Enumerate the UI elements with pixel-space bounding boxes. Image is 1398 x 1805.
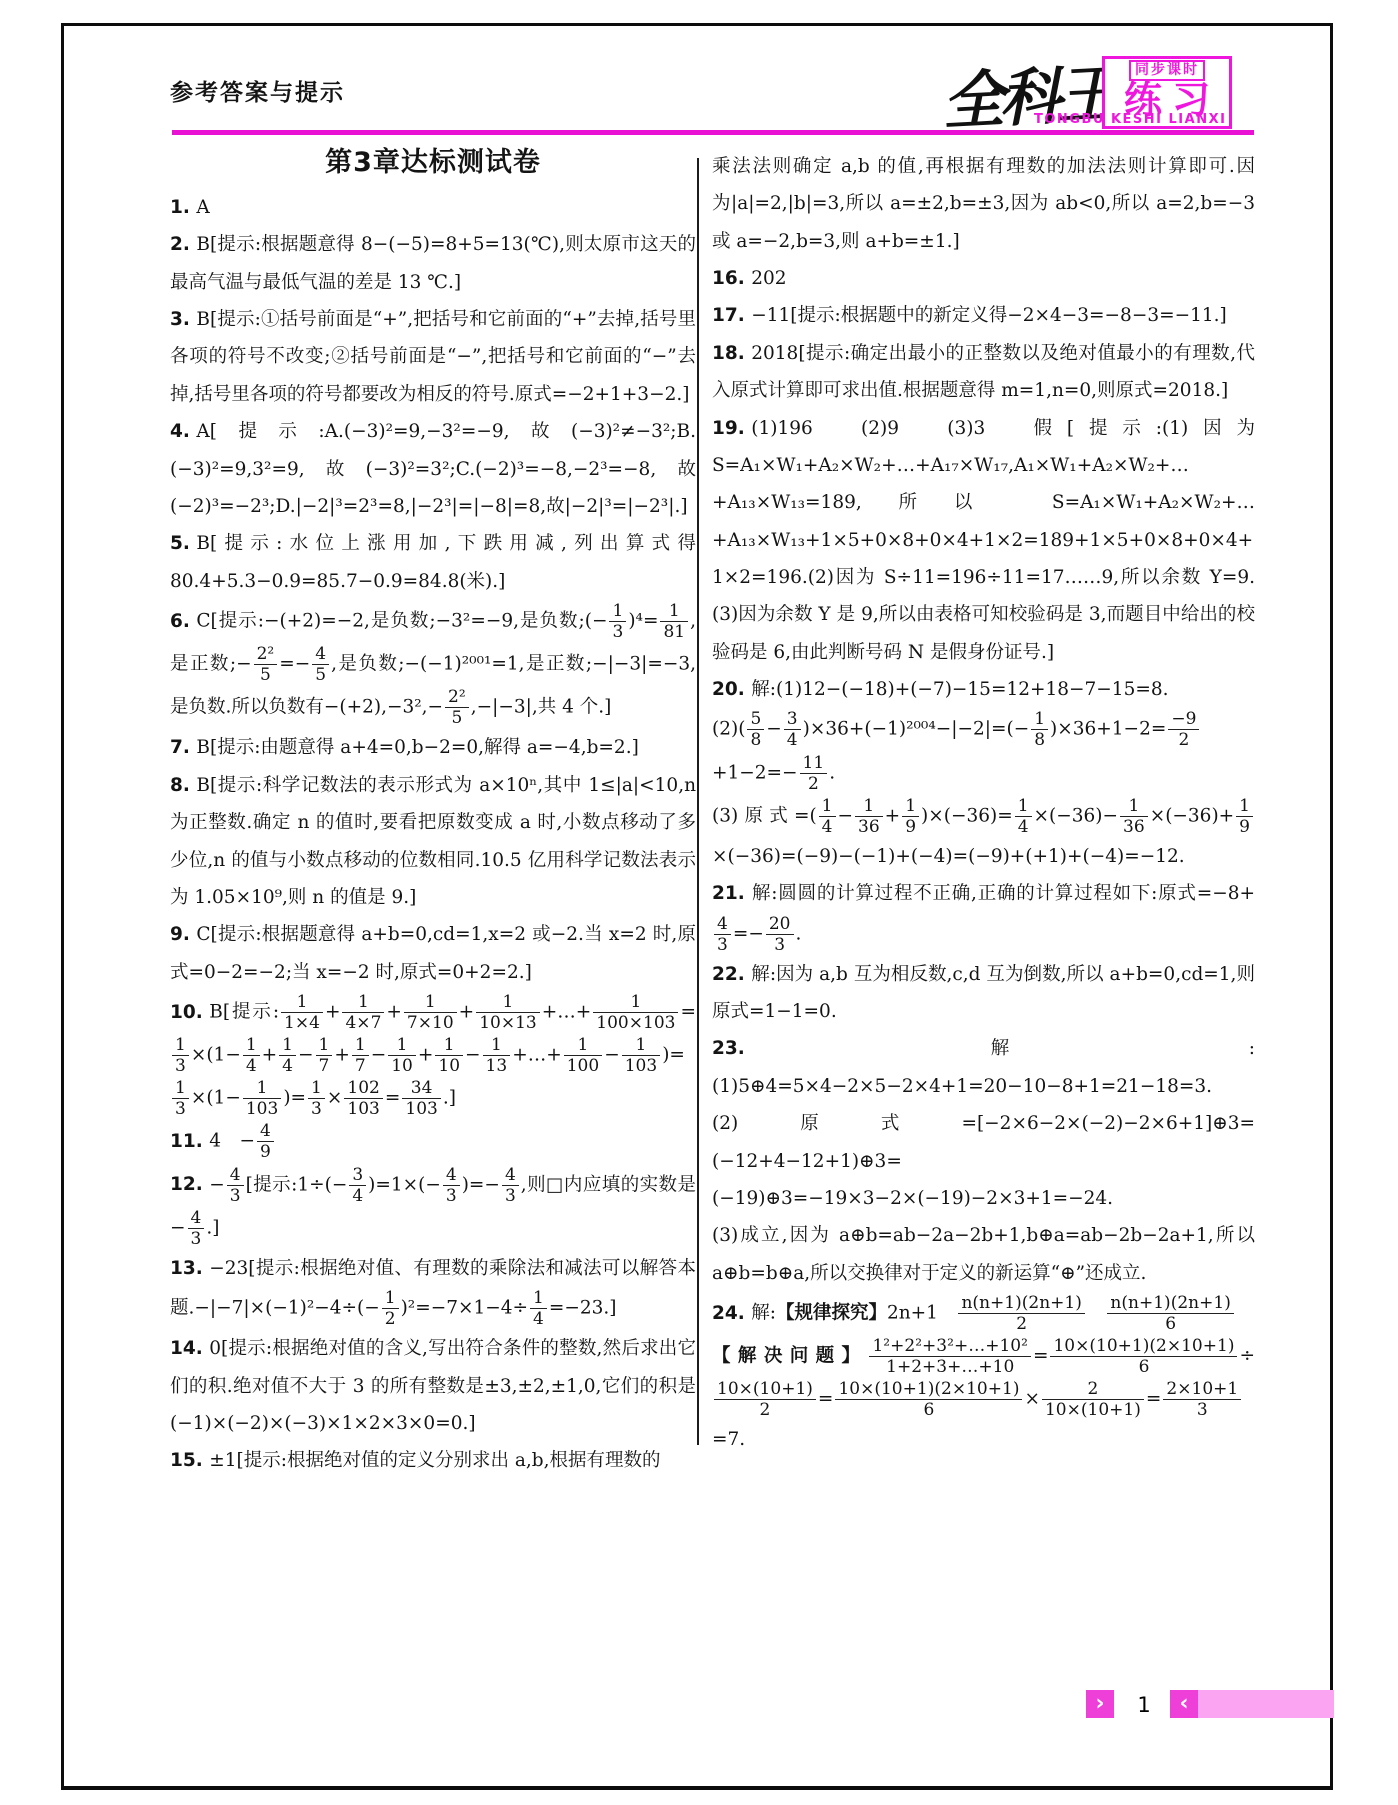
answer-item: 16.202 bbox=[712, 260, 1255, 297]
fraction: 1100 bbox=[564, 1035, 602, 1076]
answer-paragraph: 5.B[提示:水位上涨用加,下跌用减,列出算式得 80.4+5.3−0.9=85… bbox=[170, 525, 696, 600]
fraction: n(n+1)(2n+1)6 bbox=[1107, 1293, 1233, 1334]
fraction: 136 bbox=[855, 796, 883, 837]
answer-paragraph: 【解决问题】1²+2²+3²+…+10²1+2+3+…+10=10×(10+1)… bbox=[712, 1335, 1255, 1459]
fraction: 43 bbox=[443, 1165, 460, 1206]
fraction: 19 bbox=[1236, 796, 1253, 837]
answer-paragraph: 11.4 −49 bbox=[170, 1120, 696, 1163]
fraction: 14 bbox=[819, 796, 836, 837]
answer-paragraph: 14.0[提示:根据绝对值的含义,写出符合条件的整数,然后求出它们的积.绝对值不… bbox=[170, 1330, 696, 1442]
item-number: 23. bbox=[712, 1038, 745, 1059]
answer-item: 18.2018[提示:确定出最小的正整数以及绝对值最小的有理数,代入原式计算即可… bbox=[712, 335, 1255, 410]
column-divider bbox=[697, 158, 699, 1445]
fraction: 34 bbox=[784, 709, 801, 750]
fraction: 10×(10+1)(2×10+1)6 bbox=[1050, 1336, 1237, 1377]
item-number: 8. bbox=[170, 775, 190, 796]
fraction: 14 bbox=[243, 1035, 260, 1076]
fraction: −92 bbox=[1168, 709, 1199, 750]
answer-paragraph: 12.−43[提示:1÷(−34)=1×(−43)=−43,则□内应填的实数是−… bbox=[170, 1164, 696, 1250]
answer-paragraph: 16.202 bbox=[712, 260, 1255, 297]
fraction: 45 bbox=[312, 644, 329, 685]
fraction: 110×13 bbox=[476, 992, 540, 1033]
item-number: 21. bbox=[712, 883, 745, 904]
fraction: 34103 bbox=[402, 1078, 440, 1119]
answer-item: 8.B[提示:科学记数法的表示形式为 a×10ⁿ,其中 1≤|a|<10,n 为… bbox=[170, 767, 696, 916]
fraction: 13 bbox=[172, 1078, 189, 1119]
fraction: 58 bbox=[747, 709, 764, 750]
fraction: 2×10+13 bbox=[1163, 1379, 1241, 1420]
fraction: n(n+1)(2n+1)2 bbox=[958, 1293, 1084, 1334]
answer-item: 5.B[提示:水位上涨用加,下跌用减,列出算式得 80.4+5.3−0.9=85… bbox=[170, 525, 696, 600]
answer-item: 23.解:(1)5⊕4=5×4−2×5−2×4+1=20−10−8+1=21−1… bbox=[712, 1030, 1255, 1292]
item-number: 1. bbox=[170, 197, 190, 218]
fraction: 13 bbox=[609, 601, 626, 642]
item-number: 20. bbox=[712, 679, 745, 700]
fraction: 13 bbox=[308, 1078, 325, 1119]
answer-paragraph: 8.B[提示:科学记数法的表示形式为 a×10ⁿ,其中 1≤|a|<10,n 为… bbox=[170, 767, 696, 916]
fraction: 17×10 bbox=[404, 992, 457, 1033]
fraction: 210×(10+1) bbox=[1042, 1379, 1144, 1420]
page-number: 1 bbox=[1126, 1693, 1162, 1717]
logo-romanized-text: TONGBU KESHI LIANXI bbox=[1034, 112, 1226, 127]
fraction: 43 bbox=[502, 1165, 519, 1206]
item-number: 9. bbox=[170, 924, 190, 945]
fraction: 17 bbox=[316, 1035, 333, 1076]
fraction: 1²+2²+3²+…+10²1+2+3+…+10 bbox=[869, 1336, 1030, 1377]
answer-item: 3.B[提示:①括号前面是“+”,把括号和它前面的“+”去掉,括号里各项的符号不… bbox=[170, 301, 696, 413]
fraction: 19 bbox=[902, 796, 919, 837]
answer-paragraph: 7.B[提示:由题意得 a+4=0,b−2=0,解得 a=−4,b=2.] bbox=[170, 729, 696, 766]
answer-paragraph: 21.解:圆圆的计算过程不正确,正确的计算过程如下:原式=−8+43=−203. bbox=[712, 875, 1255, 956]
answer-paragraph: 18.2018[提示:确定出最小的正整数以及绝对值最小的有理数,代入原式计算即可… bbox=[712, 335, 1255, 410]
item-number: 10. bbox=[170, 1002, 203, 1023]
chevron-right-icon: › bbox=[1095, 1693, 1104, 1715]
answers-list-left: 1.A2.B[提示:根据题意得 8−(−5)=8+5=13(℃),则太原市这天的… bbox=[170, 189, 696, 1480]
fraction: 1103 bbox=[622, 1035, 660, 1076]
section-title: 第3章达标测试卷 bbox=[170, 140, 696, 179]
fraction: 1100×103 bbox=[593, 992, 678, 1033]
item-number: 6. bbox=[170, 611, 190, 632]
fraction: 1103 bbox=[243, 1078, 281, 1119]
fraction: 18 bbox=[1031, 709, 1048, 750]
answer-paragraph: 4.A[提示:A.(−3)²=9,−3²=−9,故(−3)²≠−3²;B.(−3… bbox=[170, 413, 696, 525]
item-number: 13. bbox=[170, 1258, 203, 1279]
answer-paragraph: 2.B[提示:根据题意得 8−(−5)=8+5=13(℃),则太原市这天的最高气… bbox=[170, 226, 696, 301]
answers-column-left: 第3章达标测试卷 1.A2.B[提示:根据题意得 8−(−5)=8+5=13(℃… bbox=[170, 140, 696, 1480]
item-number: 24. bbox=[712, 1303, 745, 1324]
answer-item: 15.±1[提示:根据绝对值的定义分别求出 a,b,根据有理数的 bbox=[170, 1442, 696, 1479]
chevron-left-icon: ‹ bbox=[1179, 1693, 1188, 1715]
answer-paragraph: 17.−11[提示:根据题中的新定义得−2×4−3=−8−3=−11.] bbox=[712, 297, 1255, 334]
fraction: 110 bbox=[388, 1035, 416, 1076]
answer-item: 9.C[提示:根据题意得 a+b=0,cd=1,x=2 或−2.当 x=2 时,… bbox=[170, 916, 696, 991]
answer-paragraph: 24.解:【规律探究】2n+1 n(n+1)(2n+1)2 n(n+1)(2n+… bbox=[712, 1292, 1255, 1335]
answer-item: 19.(1)196 (2)9 (3)3 假[提示:(1)因为 S=A₁×W₁+A… bbox=[712, 410, 1255, 672]
fraction: 112 bbox=[800, 753, 828, 794]
fraction: 10×(10+1)(2×10+1)6 bbox=[835, 1379, 1022, 1420]
fraction: 102103 bbox=[344, 1078, 382, 1119]
fraction: 203 bbox=[766, 914, 794, 955]
item-number: 3. bbox=[170, 309, 190, 330]
answer-item: 2.B[提示:根据题意得 8−(−5)=8+5=13(℃),则太原市这天的最高气… bbox=[170, 226, 696, 301]
answers-header-title: 参考答案与提示 bbox=[170, 74, 345, 107]
item-number: 19. bbox=[712, 418, 745, 439]
fraction: 136 bbox=[1120, 796, 1148, 837]
answer-paragraph: 20.解:(1)12−(−18)+(−7)−15=12+18−7−15=8. bbox=[712, 671, 1255, 708]
fraction: 43 bbox=[714, 914, 731, 955]
item-number: 18. bbox=[712, 343, 745, 364]
fraction: 11×4 bbox=[281, 992, 323, 1033]
answer-item: 11.4 −49 bbox=[170, 1120, 696, 1163]
answer-paragraph: 9.C[提示:根据题意得 a+b=0,cd=1,x=2 或−2.当 x=2 时,… bbox=[170, 916, 696, 991]
item-number: 2. bbox=[170, 234, 190, 255]
answer-item: 20.解:(1)12−(−18)+(−7)−15=12+18−7−15=8.(2… bbox=[712, 671, 1255, 875]
item-number: 14. bbox=[170, 1338, 203, 1359]
answer-paragraph: 乘法法则确定 a,b 的值,再根据有理数的加法法则计算即可.因为|a|=2,|b… bbox=[712, 148, 1255, 260]
answer-paragraph: 15.±1[提示:根据绝对值的定义分别求出 a,b,根据有理数的 bbox=[170, 1442, 696, 1479]
answer-paragraph: 10.B[提示:11×4+14×7+17×10+110×13+…+1100×10… bbox=[170, 991, 696, 1120]
item-number: 17. bbox=[712, 305, 745, 326]
fraction: 10×(10+1)2 bbox=[714, 1379, 816, 1420]
answer-paragraph: (2)原式=[−2×6−2×(−2)−2×6+1]⊕3=(−12+4−12+1)… bbox=[712, 1105, 1255, 1217]
fraction: 14 bbox=[1015, 796, 1032, 837]
fraction: 17 bbox=[352, 1035, 369, 1076]
fraction: 14 bbox=[279, 1035, 296, 1076]
fraction: 43 bbox=[227, 1165, 244, 1206]
answer-item: 14.0[提示:根据绝对值的含义,写出符合条件的整数,然后求出它们的积.绝对值不… bbox=[170, 1330, 696, 1442]
header-divider-rule bbox=[172, 130, 1254, 135]
answer-paragraph: 3.B[提示:①括号前面是“+”,把括号和它前面的“+”去掉,括号里各项的符号不… bbox=[170, 301, 696, 413]
fraction: 43 bbox=[188, 1208, 205, 1249]
answer-paragraph: 22.解:因为 a,b 互为相反数,c,d 互为倒数,所以 a+b=0,cd=1… bbox=[712, 956, 1255, 1031]
item-number: 12. bbox=[170, 1174, 203, 1195]
answer-item: 17.−11[提示:根据题中的新定义得−2×4−3=−8−3=−11.] bbox=[712, 297, 1255, 334]
item-number: 7. bbox=[170, 737, 190, 758]
answer-item: 12.−43[提示:1÷(−34)=1×(−43)=−43,则□内应填的实数是−… bbox=[170, 1164, 696, 1250]
page-forward-button[interactable]: › bbox=[1086, 1690, 1114, 1718]
answers-column-right: 乘法法则确定 a,b 的值,再根据有理数的加法法则计算即可.因为|a|=2,|b… bbox=[712, 148, 1255, 1459]
item-number: 11. bbox=[170, 1131, 203, 1152]
answer-paragraph: 6.C[提示:−(+2)=−2,是负数;−3²=−9,是负数;(−13)⁴=18… bbox=[170, 600, 696, 729]
item-number: 15. bbox=[170, 1450, 203, 1471]
answer-item: 6.C[提示:−(+2)=−2,是负数;−3²=−9,是负数;(−13)⁴=18… bbox=[170, 600, 696, 729]
answer-item: 7.B[提示:由题意得 a+4=0,b−2=0,解得 a=−4,b=2.] bbox=[170, 729, 696, 766]
answer-item: 13.−23[提示:根据绝对值、有理数的乘除法和减法可以解答本题.−|−7|×(… bbox=[170, 1250, 696, 1331]
fraction: 13 bbox=[172, 1035, 189, 1076]
fraction: 181 bbox=[660, 601, 688, 642]
fraction: 14×7 bbox=[342, 992, 384, 1033]
answer-paragraph: (2)(58−34)×36+(−1)²⁰⁰⁴−|−2|=(−18)×36+1−2… bbox=[712, 708, 1255, 794]
answer-item: 1.A bbox=[170, 189, 696, 226]
page-back-button[interactable]: ‹ bbox=[1170, 1690, 1198, 1718]
answer-item: 4.A[提示:A.(−3)²=9,−3²=−9,故(−3)²≠−3²;B.(−3… bbox=[170, 413, 696, 525]
answer-paragraph: (3)成立,因为 a⊕b=ab−2a−2b+1,b⊕a=ab−2b−2a+1,所… bbox=[712, 1217, 1255, 1292]
fraction: 12 bbox=[382, 1288, 399, 1329]
answer-paragraph: (3)原式=(14−136+19)×(−36)=14×(−36)−136×(−3… bbox=[712, 795, 1255, 876]
item-number: 4. bbox=[170, 421, 190, 442]
answer-paragraph: 13.−23[提示:根据绝对值、有理数的乘除法和减法可以解答本题.−|−7|×(… bbox=[170, 1250, 696, 1331]
item-number: 16. bbox=[712, 268, 745, 289]
answer-paragraph: 1.A bbox=[170, 189, 696, 226]
fraction: 110 bbox=[435, 1035, 463, 1076]
pagination-bar bbox=[1198, 1690, 1334, 1718]
answer-item: 21.解:圆圆的计算过程不正确,正确的计算过程如下:原式=−8+43=−203. bbox=[712, 875, 1255, 956]
answer-item: 24.解:【规律探究】2n+1 n(n+1)(2n+1)2 n(n+1)(2n+… bbox=[712, 1292, 1255, 1459]
answer-paragraph: 19.(1)196 (2)9 (3)3 假[提示:(1)因为 S=A₁×W₁+A… bbox=[712, 410, 1255, 672]
fraction: 34 bbox=[349, 1165, 366, 1206]
fraction: 113 bbox=[483, 1035, 511, 1076]
answer-paragraph: 23.解:(1)5⊕4=5×4−2×5−2×4+1=20−10−8+1=21−1… bbox=[712, 1030, 1255, 1105]
answer-item: 乘法法则确定 a,b 的值,再根据有理数的加法法则计算即可.因为|a|=2,|b… bbox=[712, 148, 1255, 260]
item-number: 22. bbox=[712, 964, 745, 985]
fraction: 14 bbox=[530, 1288, 547, 1329]
answer-item: 22.解:因为 a,b 互为相反数,c,d 互为倒数,所以 a+b=0,cd=1… bbox=[712, 956, 1255, 1031]
item-number: 5. bbox=[170, 533, 190, 554]
fraction: 49 bbox=[257, 1121, 274, 1162]
fraction: 2²5 bbox=[254, 644, 278, 685]
answer-item: 10.B[提示:11×4+14×7+17×10+110×13+…+1100×10… bbox=[170, 991, 696, 1120]
fraction: 2²5 bbox=[445, 687, 469, 728]
